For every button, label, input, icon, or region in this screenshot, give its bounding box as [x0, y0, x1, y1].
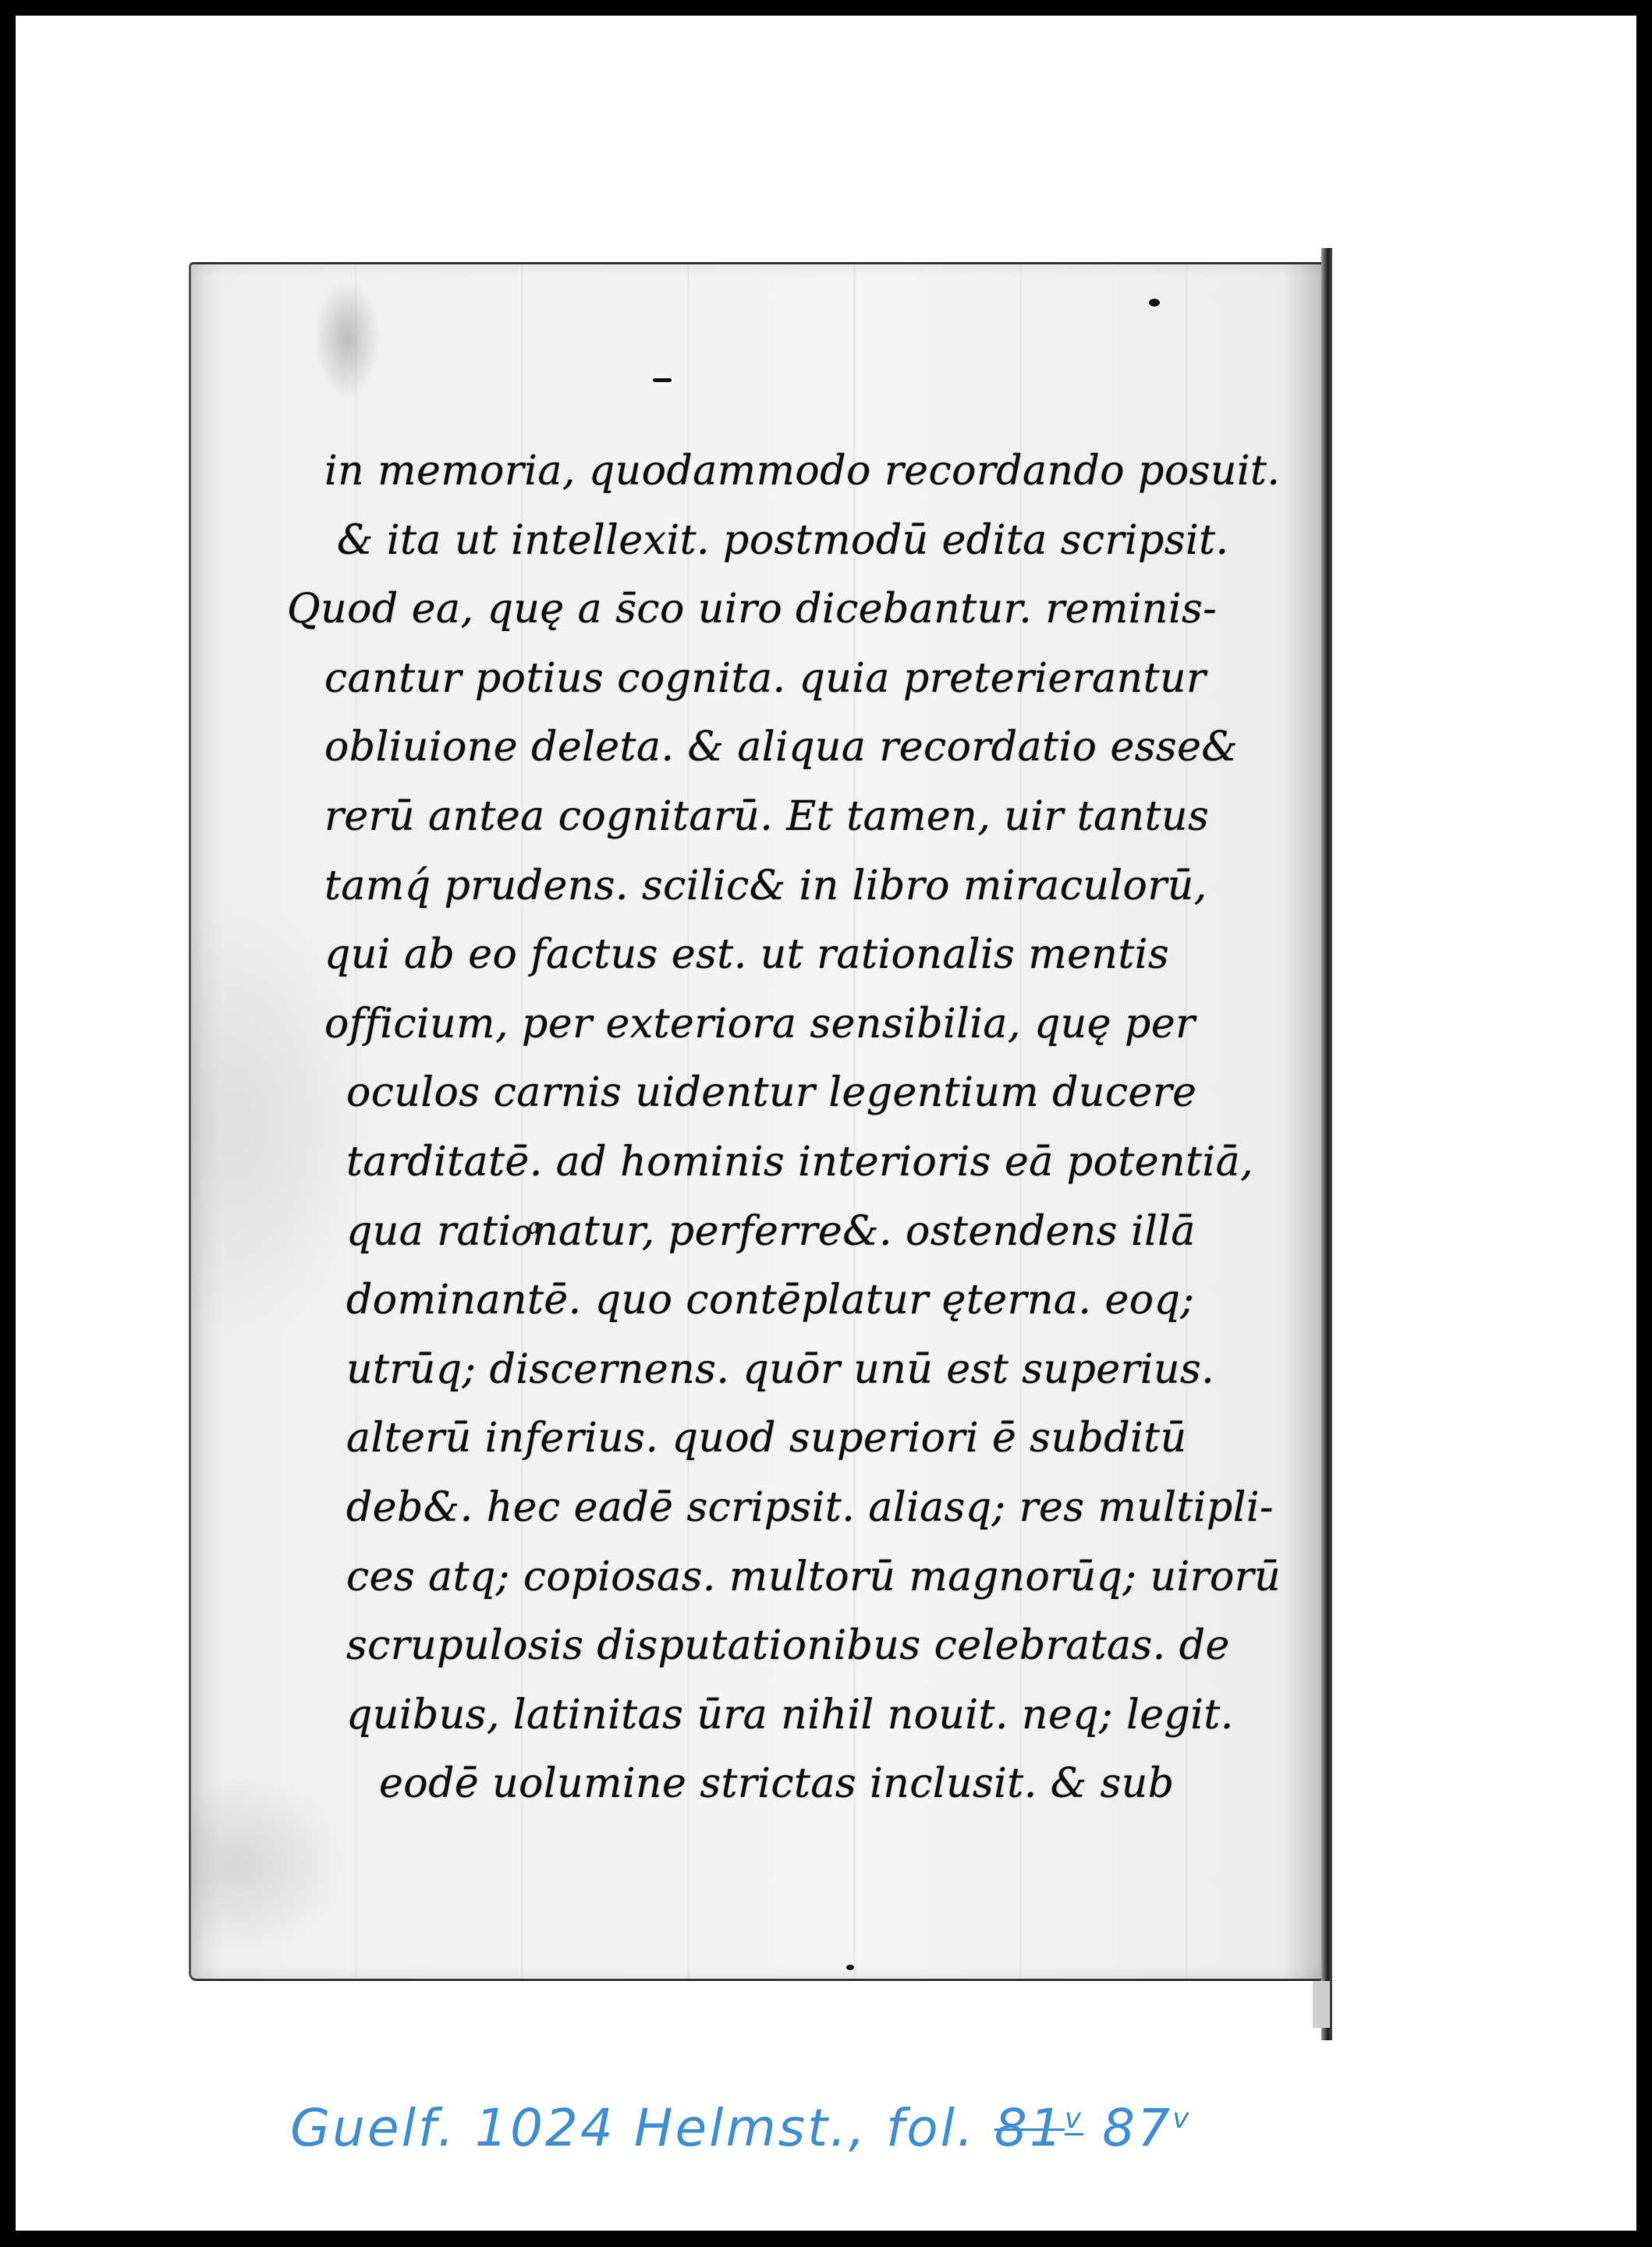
text-line: Quod ea, quę a s̄co uiro dicebantur. re…: [287, 575, 1307, 644]
text-line: oculos carnis uidentur legentium ducere: [309, 1058, 1307, 1128]
text-line: utrūq; discernens. quōr unū est super…: [309, 1335, 1307, 1405]
struck-folio-value: 81: [994, 2098, 1065, 2158]
text-line: cantur potius cognita. quia preterierant…: [309, 644, 1307, 714]
struck-folio-number: 81v: [994, 2098, 1083, 2158]
folio-side: v: [1172, 2103, 1191, 2135]
struck-folio-side: v: [1065, 2103, 1083, 2135]
text-line: dominantē. quo contēplatur ęterna. eo…: [309, 1266, 1307, 1335]
text-line: in memoria, quodammodo recordando posuit…: [309, 437, 1307, 506]
binding-tab: [1313, 1981, 1330, 2028]
binding-edge: [1321, 248, 1332, 2040]
text-line: qua ratioͣnatur, perferre&. ostendens il…: [309, 1197, 1307, 1267]
text-line: obliuione deleta. & aliqua recordatio es…: [309, 713, 1307, 782]
text-line: deb&. hec eadē scripsit. aliasq; res mu…: [309, 1473, 1307, 1543]
text-line: scrupulosis disputationibus celebratas. …: [309, 1611, 1307, 1681]
text-line: qui ab eo factus est. ut rationalis ment…: [309, 920, 1307, 990]
text-line: quibus, latinitas ūra nihil nouit. neq;…: [309, 1681, 1307, 1750]
text-line: eodē uolumine strictas inclusit. & sub: [309, 1749, 1307, 1819]
ink-mark: [653, 378, 672, 382]
folio-number: 87v: [1102, 2098, 1191, 2158]
text-line: ces atq; copiosas. multorū magnorūq; u…: [309, 1543, 1307, 1612]
folio-value: 87: [1102, 2098, 1172, 2158]
ink-speck: [846, 1965, 854, 1970]
ink-blot: [1149, 299, 1160, 307]
text-line: tamq́ prudens. scilic& in libro miraculo…: [309, 852, 1307, 921]
shelfmark-text: Guelf. 1024 Helmst., fol.: [290, 2098, 976, 2158]
text-line: & ita ut intellexit. postmodū edita scr…: [309, 506, 1307, 576]
text-line: officium, per exteriora sensibilia, quę…: [309, 990, 1307, 1059]
shelfmark-annotation: Guelf. 1024 Helmst., fol. 81v 87v: [290, 2098, 1191, 2158]
manuscript-text: in memoria, quodammodo recordando posuit…: [309, 437, 1307, 1819]
text-line: rerū antea cognitarū. Et tamen, uir ta…: [309, 782, 1307, 852]
text-line: tarditatē. ad hominis interioris eā po…: [309, 1128, 1307, 1197]
text-line: alterū inferius. quod superiori ē subd…: [309, 1404, 1307, 1473]
